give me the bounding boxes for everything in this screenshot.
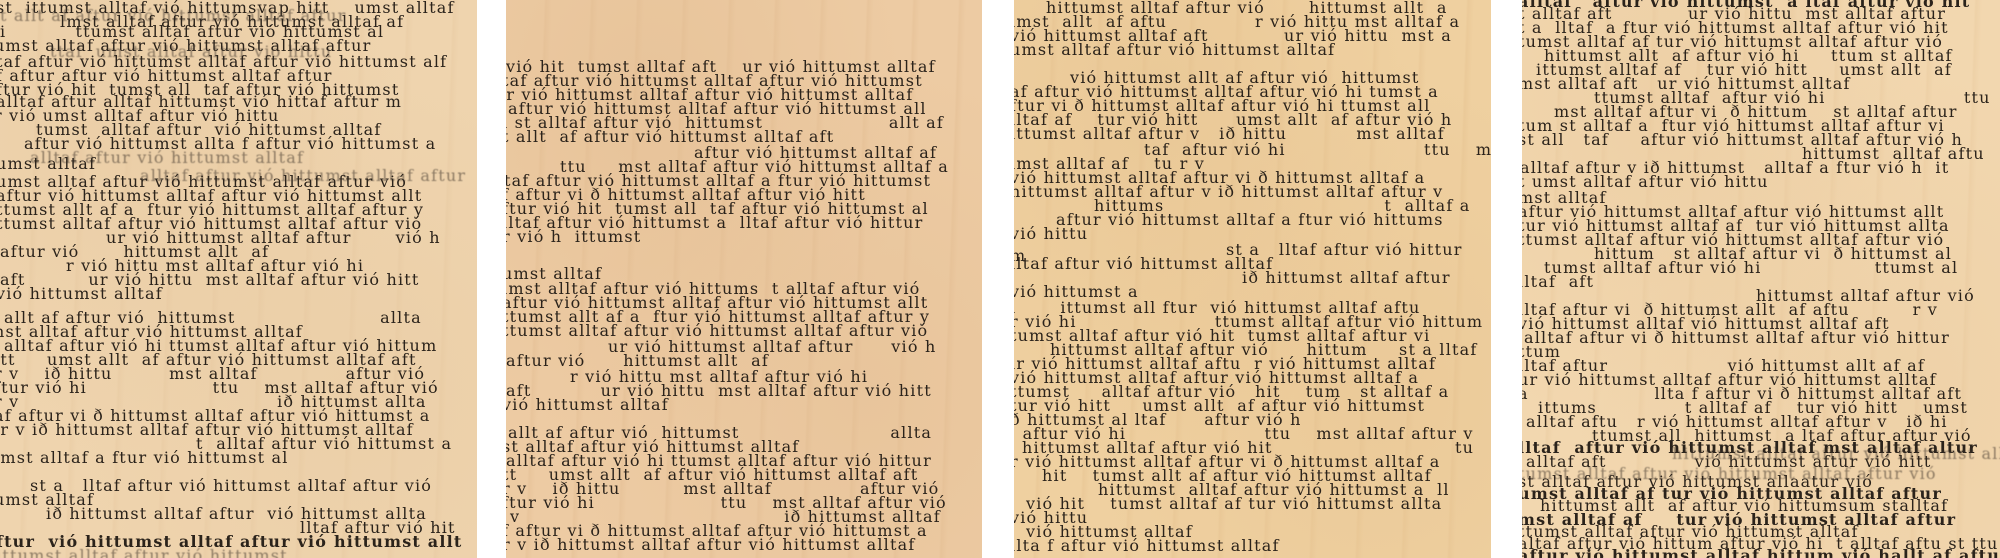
- printed-text-line: tumst alltaf aftur vió hi ttumst al: [1544, 260, 1958, 276]
- panel-3: hittumst alltaf aftur vió hittumst allt …: [1014, 0, 1491, 558]
- printed-text-line: aftur vió hittumst alltaf hittum vió hal…: [1522, 548, 2000, 558]
- panel-1: st ittumst alltaf vió hittumsvap hitt um…: [0, 0, 477, 558]
- printed-text-line: ið hittumst alltaf aftur: [1242, 270, 1451, 286]
- printed-text-line: llta f aftur vió hittumst alltaf: [1014, 538, 1280, 554]
- printed-text-line: r vió h ittumst: [506, 229, 641, 245]
- printed-text-line: r v ið hittumst alltaf aftur vió hittums…: [506, 537, 915, 553]
- printed-text-line: alltaf aftur vi ð hittumst alltaf aftur …: [1524, 330, 1950, 346]
- printed-text-line: aftur vió hittumst alltaf a ftur vió hit…: [1056, 212, 1444, 228]
- printed-text-line: umst alltaf: [0, 156, 96, 172]
- panel-4: alltaf aftur vió hittumst a ltaf aftur v…: [1522, 0, 2000, 558]
- printed-text-line: vió hittumst alltaf: [0, 286, 163, 302]
- printed-text-line: lltaf aft: [1522, 274, 1594, 290]
- printed-text-line: ımst alltaf a ftur vió hittumst al: [0, 450, 289, 466]
- panel-2: vió hit tumst alltaf aft ur vió hittumst…: [506, 0, 982, 558]
- printed-text-line: umst alltaf aftur vió hittumst alltaf: [1014, 42, 1335, 58]
- printed-text-line: vió hittu: [1014, 226, 1088, 242]
- printed-text-line: vió hittumst alltaf: [506, 397, 669, 413]
- printed-text-line: ittumst alltaf aftur vió hittumst: [0, 548, 288, 558]
- printed-text-line: vió hit tumst alltaf af tur vió hittumst…: [1026, 496, 1442, 512]
- printed-text-line: ıltaf aftur vió hittumst alltaf: [1014, 256, 1273, 272]
